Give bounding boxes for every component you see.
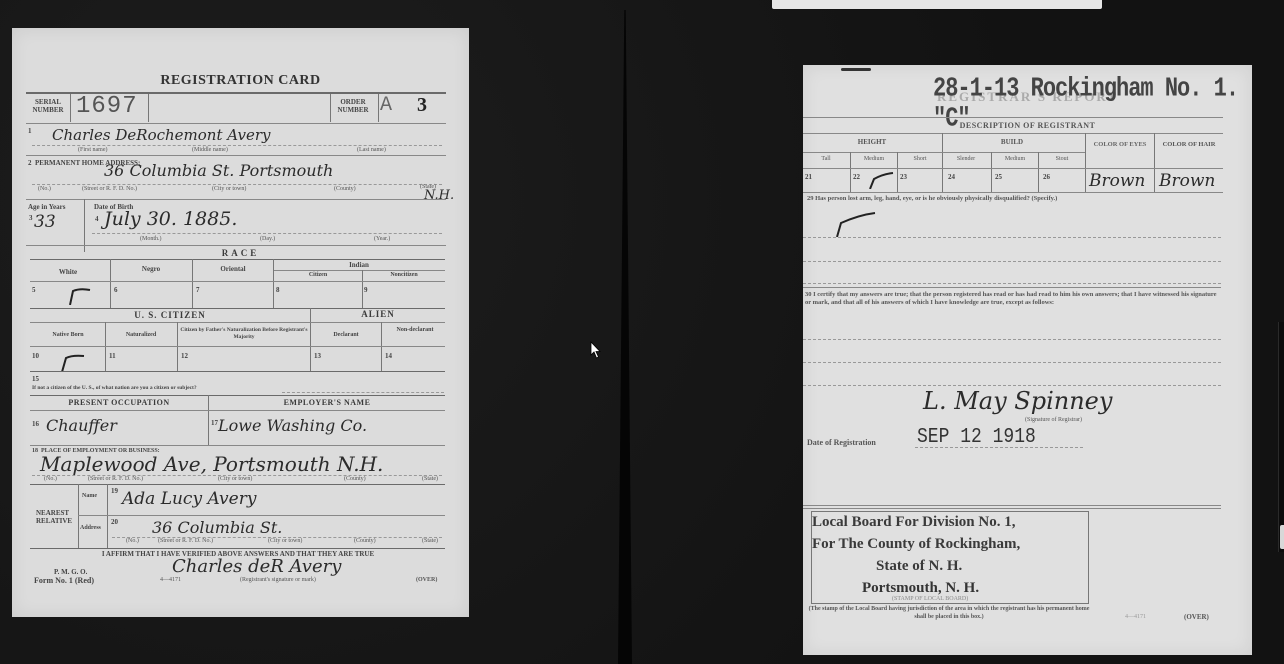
- checkmark-icon-native-born: [58, 354, 86, 372]
- home-address-value: 36 Columbia St. Portsmouth: [104, 161, 333, 180]
- birth-date-value: July 30. 1885.: [104, 208, 237, 230]
- checkmark-icon-medium-height: [867, 171, 895, 189]
- registration-card-back: REGISTRAR'S REPORT 28-1-13 Rockingham No…: [803, 65, 1252, 655]
- q29-text: 29 Has person lost arm, leg, hand, eye, …: [807, 195, 1221, 203]
- form-agency: P. M. G. O.: [54, 568, 87, 576]
- mouse-pointer-icon: [590, 341, 602, 359]
- employment-place-value: Maplewood Ave, Portsmouth N.H.: [40, 452, 383, 476]
- date-of-registration-label: Date of Registration: [807, 438, 876, 447]
- registrant-signature: Charles deR Avery: [172, 556, 341, 577]
- registrar-signature: L. May Spinney: [923, 387, 1112, 415]
- checkmark-icon-white: [64, 287, 92, 305]
- us-citizen-header: U. S. CITIZEN: [30, 310, 310, 320]
- order-number-value: 3: [417, 94, 427, 117]
- checkmark-icon-q29: [833, 211, 877, 237]
- local-board-stamp-box: Local Board For Division No. 1, For The …: [811, 511, 1089, 604]
- date-of-registration-stamp: SEP 12 1918: [917, 425, 1036, 449]
- race-header: RACE: [12, 248, 469, 258]
- employer-header: EMPLOYER'S NAME: [208, 398, 446, 407]
- employer-value: Lowe Washing Co.: [218, 416, 367, 435]
- stamp-instruction-note: (The stamp of the Local Board having jur…: [807, 605, 1091, 621]
- occupation-value: Chauffer: [46, 416, 117, 435]
- form-number: Form No. 1 (Red): [34, 576, 94, 585]
- nearest-relative-label: NEAREST RELATIVE: [36, 509, 76, 525]
- card-title: REGISTRATION CARD: [12, 73, 469, 89]
- nationality-question: If not a citizen of the U. S., of what n…: [32, 385, 197, 391]
- home-state-value: N.H.: [424, 188, 454, 203]
- serial-number-value: 1697: [76, 93, 138, 120]
- occupation-header: PRESENT OCCUPATION: [30, 398, 208, 407]
- hair-color-value: Brown: [1159, 171, 1215, 191]
- adjacent-card-edge-right: [1278, 322, 1284, 552]
- order-number-prefix: A: [380, 94, 392, 117]
- registration-card-front: REGISTRATION CARD SERIAL NUMBER 1697 ORD…: [12, 28, 469, 617]
- relative-name-value: Ada Lucy Avery: [122, 489, 256, 509]
- age-label: Age in Years: [28, 203, 80, 211]
- alien-header: ALIEN: [310, 309, 446, 319]
- description-header: DESCRIPTION OF REGISTRANT: [803, 121, 1252, 130]
- order-number-label: ORDER NUMBER: [332, 98, 374, 114]
- adjacent-card-tab: [1280, 525, 1284, 549]
- indian-label: Indian: [274, 261, 444, 269]
- adjacent-card-edge-top: [772, 0, 1102, 9]
- q30-certification-text: 30 I certify that my answers are true; t…: [805, 291, 1221, 307]
- serial-number-label: SERIAL NUMBER: [28, 98, 68, 114]
- eye-color-value: Brown: [1089, 171, 1145, 191]
- relative-address-value: 36 Columbia St.: [152, 518, 282, 537]
- registrant-name: Charles DeRochemont Avery: [52, 126, 271, 144]
- age-value: 33: [34, 212, 56, 232]
